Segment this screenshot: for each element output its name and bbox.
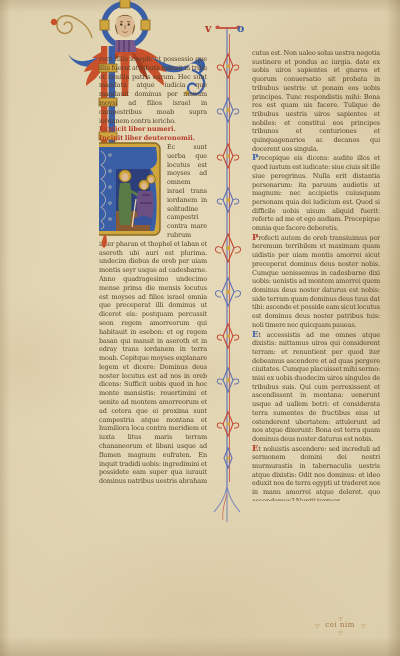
signature-dots-left: ·:· [314, 622, 319, 629]
signature-dots-right: ·:· [361, 622, 366, 629]
right-paragraph-4: Et accessistis ad me omnes atque dixisti… [252, 330, 380, 444]
quire-signature: ·:· ·:· coi nim ·:· ·:· [298, 615, 382, 636]
right-paragraph-1: cutus est. Non ualeo solus uestra negoti… [252, 49, 380, 153]
running-title-left: v [205, 22, 211, 35]
deuteronomy-opening: H [99, 143, 207, 483]
manuscript-page: v o runt filiis ioseph: et possessio que… [0, 0, 400, 656]
illuminated-initial: H [99, 143, 163, 235]
signature-dots-bottom: ·:· [338, 629, 343, 636]
rubric-explicit: Explicit liber numeri. [99, 125, 207, 134]
right-paragraph-2: Precepique eis dicens: audite illos et q… [252, 153, 380, 232]
initial-miniature [99, 141, 166, 249]
column-divider-ornament [206, 24, 250, 526]
left-text-column: runt filiis ioseph: et possessio que ill… [99, 55, 207, 483]
right-text-column: cutus est. Non ualeo solus uestra negoti… [252, 49, 380, 501]
left-margin-flourish [51, 16, 92, 38]
numbers-ending-text: runt filiis ioseph: et possessio que ill… [99, 55, 207, 125]
right-paragraph-5: Et noluistis ascendere: sed increduli ad… [252, 444, 380, 501]
running-title-right: o [237, 22, 244, 35]
right-paragraph-3: Profecti autem de oreb transiuimus per h… [252, 233, 380, 330]
face-medallion [100, 0, 150, 52]
